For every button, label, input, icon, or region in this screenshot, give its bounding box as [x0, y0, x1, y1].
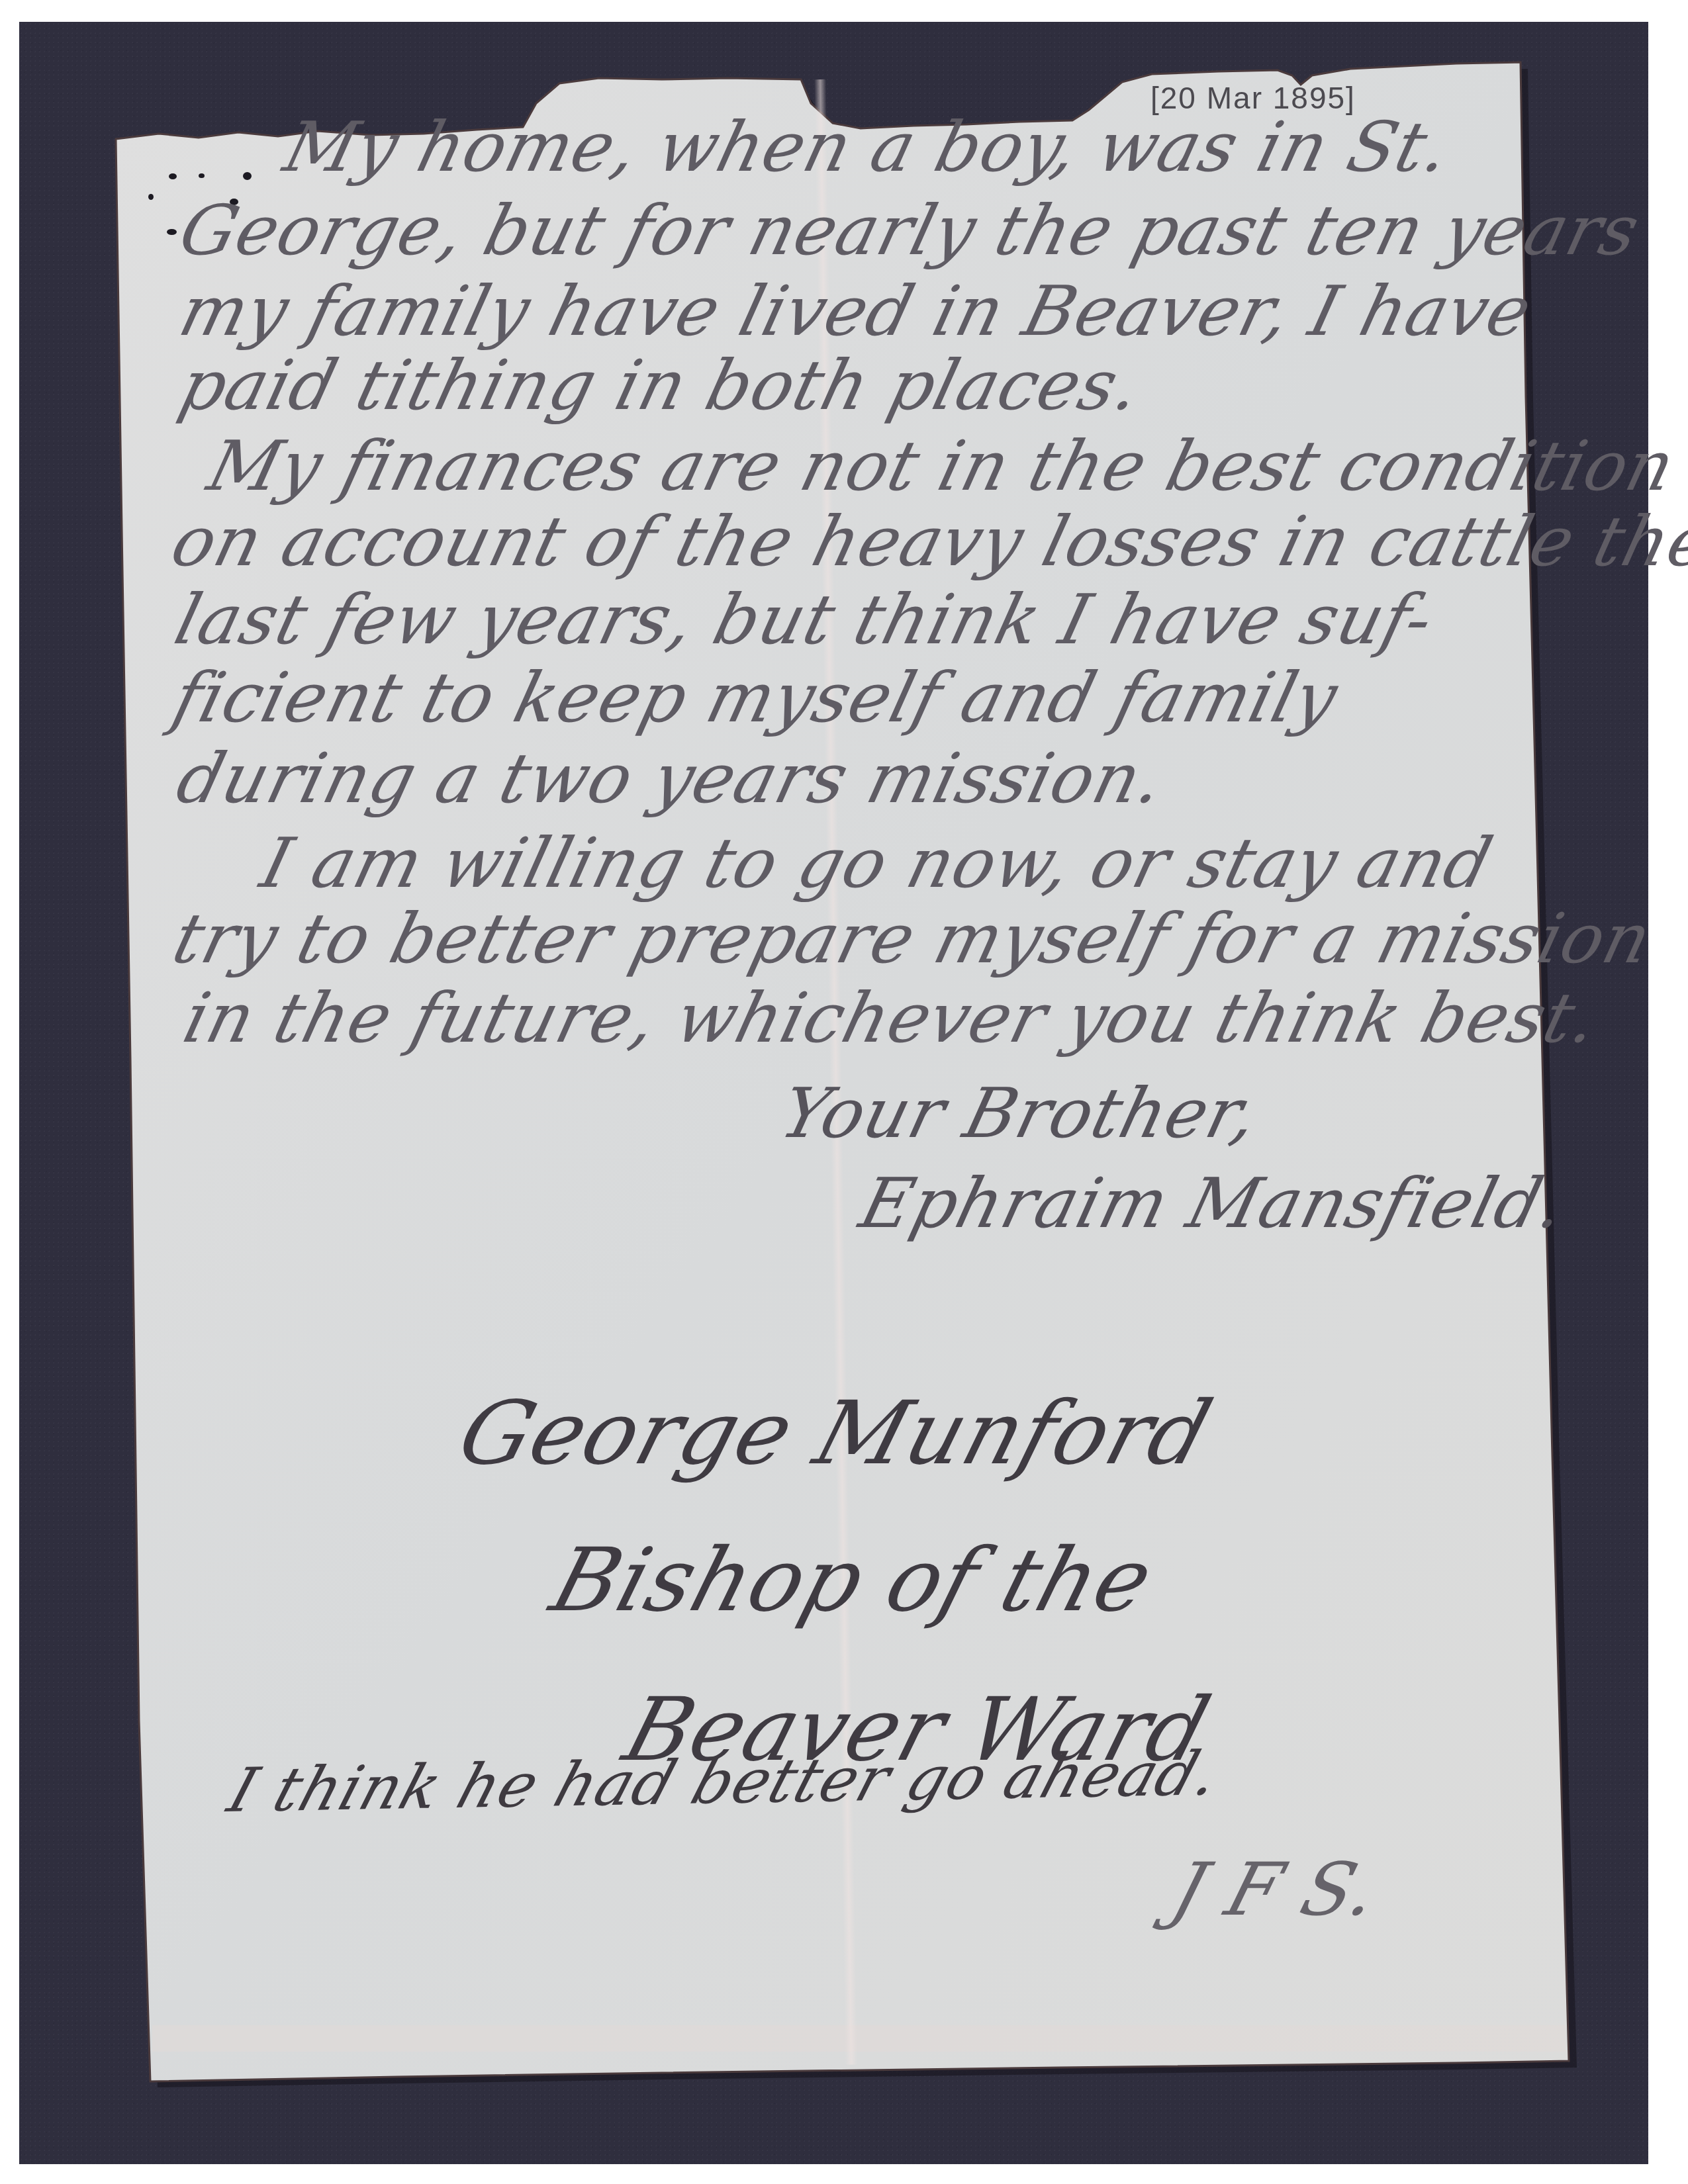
- letter-line: my family have lived in Beaver, I have: [173, 277, 1538, 345]
- letter-line: on account of the heavy losses in cattle…: [165, 507, 1688, 576]
- letter-sheet: [20 Mar 1895] My home, when a boy, was i…: [0, 0, 1688, 2184]
- approval-initials: J F S.: [1165, 1853, 1386, 1926]
- letter-line: George, but for nearly the past ten year…: [173, 196, 1646, 265]
- approval-note: I think he had better go ahead.: [222, 1743, 1227, 1821]
- letter-line: My home, when a boy, was in St.: [278, 113, 1457, 181]
- letter-line: I am willing to go now, or stay and: [255, 829, 1499, 897]
- closing-salutation: Your Brother,: [774, 1079, 1265, 1148]
- letter-line: in the future, whichever you think best.: [177, 983, 1605, 1052]
- endorsement-name: George Munford: [450, 1390, 1221, 1477]
- letter-line: during a two years mission.: [171, 744, 1171, 813]
- letter-line: last few years, but think I have suf-: [169, 585, 1440, 654]
- letter-line: try to better prepare myself for a missi…: [167, 904, 1658, 973]
- pin-hole: [167, 229, 177, 235]
- pin-hole: [169, 173, 177, 179]
- letter-line: paid tithing in both places.: [173, 351, 1147, 420]
- pin-hole: [148, 194, 154, 200]
- letter-line: ficient to keep myself and family: [167, 663, 1344, 732]
- endorsement-title: Bishop of the: [543, 1537, 1162, 1624]
- signature: Ephraim Mansfield.: [854, 1169, 1572, 1238]
- pin-hole: [243, 172, 252, 180]
- pin-hole: [199, 173, 205, 178]
- letter-line: My finances are not in the best conditio…: [202, 432, 1681, 500]
